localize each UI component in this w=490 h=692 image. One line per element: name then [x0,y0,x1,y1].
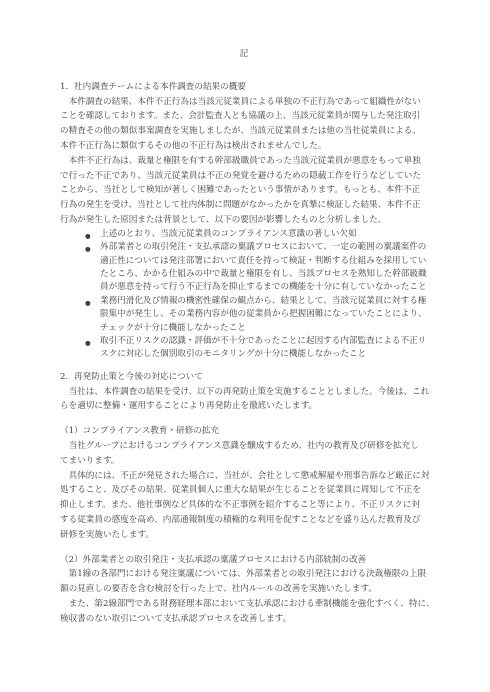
bullet-item: ●上述のとおり、当該元従業員のコンプライアンス意識の著しい欠如 [85,228,428,241]
text-line: また、第2線部門である財務経理本部において支払承認における牽制機能を強化すべく、… [60,597,428,612]
bullet-item: ●外部業者との取引発注・支払承認の稟議プロセスにおいて、一定の範囲の稟議案件の適… [85,241,428,295]
text-line: 上述のとおり、当該元従業員のコンプライアンス意識の著しい欠如 [100,228,428,241]
text-line: 処すること、及びその結果、従業員個人に重大な結果が生じることを従業員に周知して不… [60,483,428,498]
text-line: 取引不正リスクの認識・評価が不十分であったことに起因する内部監査による不正リ [100,335,428,348]
bullet-icon: ● [85,243,91,256]
text-line: 行為が発生した原因または背景として、以下の要因が影響したものと分析しました。 [60,213,428,228]
paragraph: 具体的には、不正が発見された場合に、当社が、会社として懲戒解雇や刑事告訴など厳正… [60,469,428,543]
paragraph: 第1線の各部門における発注稟議については、外部業者との取引発注における決裁権限の… [60,567,428,597]
paragraph: 当社グループにおけるコンプライアンス意識を醸成するため、社内の教育及び研修を拡充… [60,439,428,469]
paragraph: 当社は、本件調査の結果を受け、以下の再発防止策を実施することとしました。今後は、… [60,385,428,415]
text-line: 本件調査の結果、本件不正行為は当該元従業員による単独の不正行為であって組織性がな… [60,95,428,110]
text-line: 当社グループにおけるコンプライアンス意識を醸成するため、社内の教育及び研修を拡充… [60,439,428,454]
text-line: ことを確認しております。また、会計監査人とも協議の上、当該元従業員が関与した発注… [60,109,428,124]
text-line: たところ、かかる仕組みの中で裁量と権限を有し、当該プロセスを熟知した幹部級職 [100,268,428,281]
bullet-list: ●上述のとおり、当該元従業員のコンプライアンス意識の著しい欠如●外部業者との取引… [60,228,428,362]
text-line: 抑止します。また、他社事例など具体的な不正事例を紹介すること等により、不正リスク… [60,498,428,513]
text-line: 行為の発生を受け、当社として社内体制に問題がなかったかを真摯に検証した結果、本件… [60,198,428,213]
paragraph: 本件調査の結果、本件不正行為は当該元従業員による単独の不正行為であって組織性がな… [60,95,428,154]
text-line: 研修を実施いたします。 [60,528,428,543]
subsection-heading: （2）外部業者との取引発注・支払承認の稟議プロセスにおける内部統制の改善 [60,553,428,568]
text-line: で行った不正であり、当該元従業員は不正の発覚を避けるための隠蔽工作を行うなどして… [60,169,428,184]
text-line: 検収書のない取引について支払承認プロセスを改善します。 [60,612,428,627]
text-line: らを適切に整備・運用することにより再発防止を徹底いたします。 [60,399,428,414]
text-line: 具体的には、不正が発見された場合に、当社が、会社として懲戒解雇や刑事告訴など厳正… [60,469,428,484]
paragraph: また、第2線部門である財務経理本部において支払承認における牽制機能を強化すべく、… [60,597,428,627]
bullet-icon: ● [85,297,91,310]
remark-mark: 記 [60,47,428,62]
text-line: チェックが十分に機能しなかったこと [100,322,428,335]
text-line: 本件不正行為に類似するその他の不正行為は検出されませんでした。 [60,139,428,154]
document-page: 記1．社内調査チームによる本件調査の結果の概要 本件調査の結果、本件不正行為は当… [0,0,490,692]
bullet-item: ●取引不正リスクの認識・評価が不十分であったことに起因する内部監査による不正リス… [85,335,428,362]
section-heading: 1．社内調査チームによる本件調査の結果の概要 [60,80,428,95]
text-line: ことから、当社として検知が著しく困難であったという事情があります。もっとも、本件… [60,183,428,198]
document-body: 記1．社内調査チームによる本件調査の結果の概要 本件調査の結果、本件不正行為は当… [60,47,428,627]
section-heading: 2．再発防止策と今後の対応について [60,370,428,385]
text-line: する従業員の感度を高め、内部通報制度の積極的な利用を促すことなどを盛り込んだ教育… [60,513,428,528]
text-line: 当社は、本件調査の結果を受け、以下の再発防止策を実施することとしました。今後は、… [60,385,428,400]
text-line: 額の見直しの要否を含む検討を行った上で、社内ルールの改善を実施いたします。 [60,582,428,597]
text-line: 第1線の各部門における発注稟議については、外部業者との取引発注における決裁権限の… [60,567,428,582]
text-line: 外部業者との取引発注・支払承認の稟議プロセスにおいて、一定の範囲の稟議案件の [100,241,428,254]
text-line: 業務円滑化及び情報の機密性確保の観点から、結果として、当該元従業員に対する権 [100,295,428,308]
text-line: の精査その他の類似事案調査を実施しましたが、当該元従業員または他の当社従業員によ… [60,124,428,139]
text-line: てまいります。 [60,454,428,469]
text-line: 員が悪意を持って行う不正行為を抑止するまでの機能を十分に有していなかったこと [100,281,428,294]
bullet-item: ●業務円滑化及び情報の機密性確保の観点から、結果として、当該元従業員に対する権限… [85,295,428,335]
text-line: 適正性については発注部署において責任を持って検証・判断する仕組みを採用してい [100,255,428,268]
paragraph: 本件不正行為は、裁量と権限を有する幹部級職員であった当該元従業員が悪意をもって単… [60,154,428,228]
subsection-heading: （1）コンプライアンス教育・研修の拡充 [60,424,428,439]
text-line: 本件不正行為は、裁量と権限を有する幹部級職員であった当該元従業員が悪意をもって単… [60,154,428,169]
text-line: スクに対応した個別取引のモニタリングが十分に機能しなかったこと [100,348,428,361]
text-line: 限集中が発生し、その業務内容が他の従業員から把握困難になっていたことにより、 [100,308,428,321]
bullet-icon: ● [85,337,91,350]
